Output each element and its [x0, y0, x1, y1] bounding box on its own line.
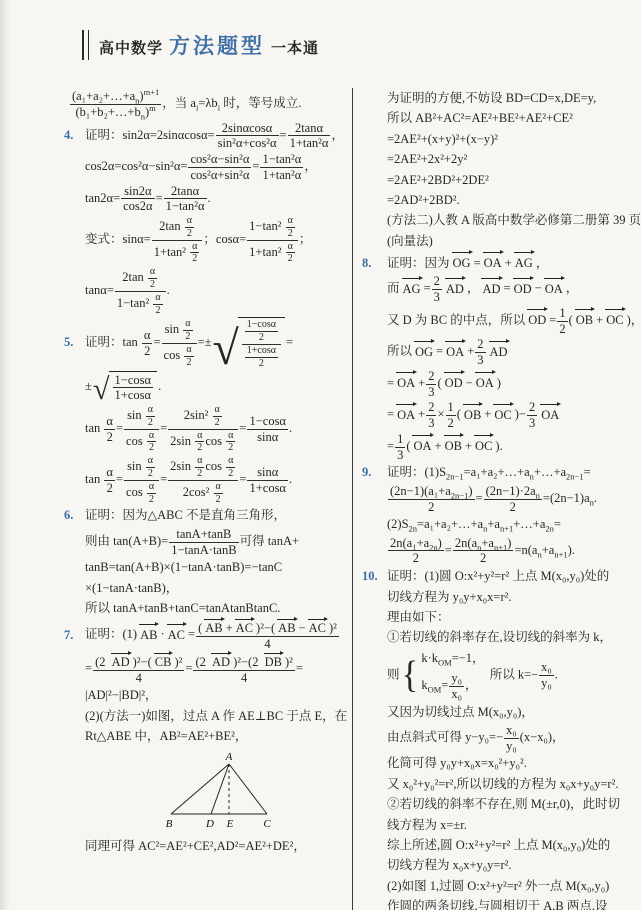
- math-line: =(2 AD)²−(CB)²4=(2 AD)²−(2 DB)²4=: [85, 653, 350, 686]
- math-line: =OA+23(OD−OA): [387, 369, 640, 400]
- math-line: (a₁+a₂+…+an)m+1(b₁+b₂+…+bn)m，当 ai=λbi 时，…: [69, 89, 350, 120]
- math-line: tan α2=sin α2cos α2=2sin² α22sin α2cos α…: [85, 404, 350, 454]
- math-line: 所以OG=OA+23AD: [387, 337, 640, 368]
- math-line: 化简可得 y₀y+x₀x=x₀²+y₀².: [387, 754, 640, 773]
- math-line: 6.证明：因为△ABC 不是直角三角形，: [85, 506, 350, 525]
- left-column: (a₁+a₂+…+an)m+1(b₁+b₂+…+bn)m，当 ai=λbi 时，…: [64, 88, 350, 910]
- math-line: 线方程为 x=±r.: [387, 816, 640, 835]
- math-line: ②若切线的斜率不存在,则 M(±r,0)，此时切: [387, 795, 640, 814]
- figure-label-E: E: [225, 818, 233, 830]
- header-highlight: 方法题型: [169, 30, 265, 60]
- math-line: tan α2=sin α2cos α2=2sin α2cos α22cos² α…: [85, 455, 350, 505]
- math-line: 9.证明：(1)S2n−1=a₁+a₂+…+an+…+a2n−1=: [387, 463, 640, 482]
- header-series: 高中数学: [99, 37, 163, 58]
- math-line: 又 x₀²+y₀²=r²,所以切线的方程为 x₀x+y₀y=r².: [387, 775, 640, 794]
- math-line: 变式：sinα=2tan α21+tan² α2；cosα=1−tan² α21…: [85, 215, 350, 265]
- header-rule: [82, 30, 89, 60]
- problem-number: 8.: [362, 254, 387, 273]
- math-line: tanB=tan(A+B)×(1−tanA·tanB)=−tanC: [85, 558, 350, 577]
- column-divider: [352, 88, 353, 910]
- math-line: =2AE²+(x+y)²+(x−y)²: [387, 130, 640, 149]
- figure-wrap: A B D E C: [85, 750, 350, 836]
- math-line: 4.证明：sin2α=2sinαcosα=2sinαcosαsin²α+cos²…: [85, 121, 350, 152]
- problem-number: 6.: [64, 506, 85, 525]
- book-page: 高中数学 方法题型 一本通 (a₁+a₂+…+an)m+1(b₁+b₂+…+bn…: [0, 0, 641, 910]
- math-line: (2)如图 1,过圆 O:x²+y²=r² 外一点 M(x₀,y₀): [387, 877, 640, 896]
- math-line: 7.证明：(1)AB·AC=(AB+AC)²−(AB−AC)²4: [85, 619, 350, 652]
- problem-number: 7.: [64, 626, 85, 645]
- math-line: tanα=2tan α21−tan² α2.: [85, 266, 350, 316]
- math-line: 作圆的两条切线,与圆相切于 A,B 两点,设: [387, 897, 640, 910]
- math-line: 又因为切线过点 M(x₀,y₀)，: [387, 703, 640, 722]
- problem-number: 10.: [362, 567, 387, 586]
- math-line: =OA+23×12(OB+OC)−23OA: [387, 400, 640, 431]
- math-line: =2AE²+2BD²+2DE²: [387, 171, 640, 190]
- figure-label-B: B: [165, 818, 172, 830]
- math-line: ±√1−cosα1+cosα.: [85, 371, 350, 404]
- math-line: 由点斜式可得 y−y₀=−x₀y₀(x−x₀)，: [387, 723, 640, 754]
- problem-5: 5.证明：tan α2=sin α2cos α2=±√1−cosα21+cosα…: [64, 317, 350, 505]
- math-line: cos2α=cos²α−sin²α=cos²α−sin²αcos²α+sin²α…: [85, 152, 350, 183]
- header-suffix: 一本通: [271, 37, 319, 58]
- problem-number: 4.: [64, 126, 85, 145]
- problem-8: 8.证明：因为OG=OA+AG，而AG=23AD，AD=OD−OA，又 D 为 …: [362, 252, 640, 462]
- problem-4: 4.证明：sin2α=2sinαcosα=2sinαcosαsin²α+cos²…: [64, 121, 350, 317]
- math-line: =2AE²+2x²+2y²: [387, 150, 640, 169]
- math-line: 所以 AB²+AC²=AE²+BE²+AE²+CE²: [387, 109, 640, 128]
- math-line: 8.证明：因为OG=OA+AG，: [387, 252, 640, 273]
- math-line: tan2α=sin2αcos2α=2tanα1−tan²α.: [85, 184, 350, 215]
- math-line: 又 D 为 BC 的中点，所以OD=12(OB+OC)，: [387, 306, 640, 337]
- math-line: 10.证明：(1)圆 O:x²+y²=r² 上点 M(x₀,y₀)处的: [387, 567, 640, 586]
- math-line: 切线方程为 y₀y+x₀x=r².: [387, 588, 640, 607]
- math-line: |AD|²−|BD|²，: [85, 686, 350, 705]
- math-line: (方法二)人教 A 版高中数学必修第二册第 39 页: [387, 211, 640, 230]
- problem-6: 6.证明：因为△ABC 不是直角三角形，则由 tan(A+B)=tanA+tan…: [64, 506, 350, 618]
- figure-label-D: D: [205, 818, 214, 830]
- math-line: 而AG=23AD，AD=OD−OA，: [387, 274, 640, 305]
- triangle-figure: A B D E C: [143, 750, 293, 830]
- math-line: 为证明的方便,不妨设 BD=CD=x,DE=y,: [387, 89, 640, 108]
- math-line: =2AD²+2BD².: [387, 191, 640, 210]
- problem-9: 9.证明：(1)S2n−1=a₁+a₂+…+an+…+a2n−1=(2n−1)(…: [362, 463, 640, 566]
- continued-text-block: 为证明的方便,不妨设 BD=CD=x,DE=y,所以 AB²+AC²=AE²+B…: [362, 89, 640, 251]
- continued-text-block: (a₁+a₂+…+an)m+1(b₁+b₂+…+bn)m，当 ai=λbi 时，…: [64, 89, 350, 120]
- math-line: 综上所述,圆 O:x²+y²=r² 上点 M(x₀,y₀)处的: [387, 836, 640, 855]
- math-line: Rt△ABE 中，AB²=AE²+BE²，: [85, 727, 350, 746]
- math-line: 5.证明：tan α2=sin α2cos α2=±√1−cosα21+cosα…: [85, 317, 350, 369]
- problem-number: 9.: [362, 463, 387, 482]
- math-line: (2n−1)(a₁+a2n−1)2=(2n−1)·2an2=(2n−1)an.: [387, 484, 640, 515]
- figure-label-A: A: [224, 751, 232, 763]
- math-line: ×(1−tanA·tanB)，: [85, 579, 350, 598]
- math-line: 同理可得 AC²=AE²+CE²,AD²=AE²+DE²，: [85, 837, 350, 856]
- figure-label-C: C: [263, 818, 271, 830]
- math-line: 2n(a₁+a2n)2=2n(an+an+1)2=n(an+an+1).: [387, 536, 640, 567]
- math-line: 则由 tan(A+B)=tanA+tanB1−tanA·tanB可得 tanA+: [85, 527, 350, 558]
- page-content: (a₁+a₂+…+an)m+1(b₁+b₂+…+bn)m，当 ai=λbi 时，…: [0, 88, 641, 910]
- problem-7: 7.证明：(1)AB·AC=(AB+AC)²−(AB−AC)²4=(2 AD)²…: [64, 619, 350, 856]
- math-line: (向量法): [387, 232, 640, 251]
- math-line: (2)S2n=a₁+a₂+…+an+an+1+…+a2n=: [387, 515, 640, 534]
- right-column: 为证明的方便,不妨设 BD=CD=x,DE=y,所以 AB²+AC²=AE²+B…: [362, 88, 640, 910]
- math-line: 切线方程为 x₀x+y₀y=r².: [387, 856, 640, 875]
- problem-number: 5.: [64, 333, 85, 352]
- math-line: 理由如下：: [387, 608, 640, 627]
- math-line: ①若切线的斜率存在,设切线的斜率为 k，: [387, 628, 640, 647]
- math-line: =13(OA+OB+OC).: [387, 432, 640, 463]
- math-line: (2)(方法一)如图，过点 A 作 AE⊥BC 于点 E，在: [85, 707, 350, 726]
- problem-10: 10.证明：(1)圆 O:x²+y²=r² 上点 M(x₀,y₀)处的切线方程为…: [362, 567, 640, 910]
- math-line: 所以 tanA+tanB+tanC=tanAtanBtanC.: [85, 599, 350, 618]
- page-header: 高中数学 方法题型 一本通: [82, 30, 319, 60]
- math-line: 则{k·kOM=−1，kOM=y₀x₀， 所以 k=−x₀y₀.: [387, 649, 640, 702]
